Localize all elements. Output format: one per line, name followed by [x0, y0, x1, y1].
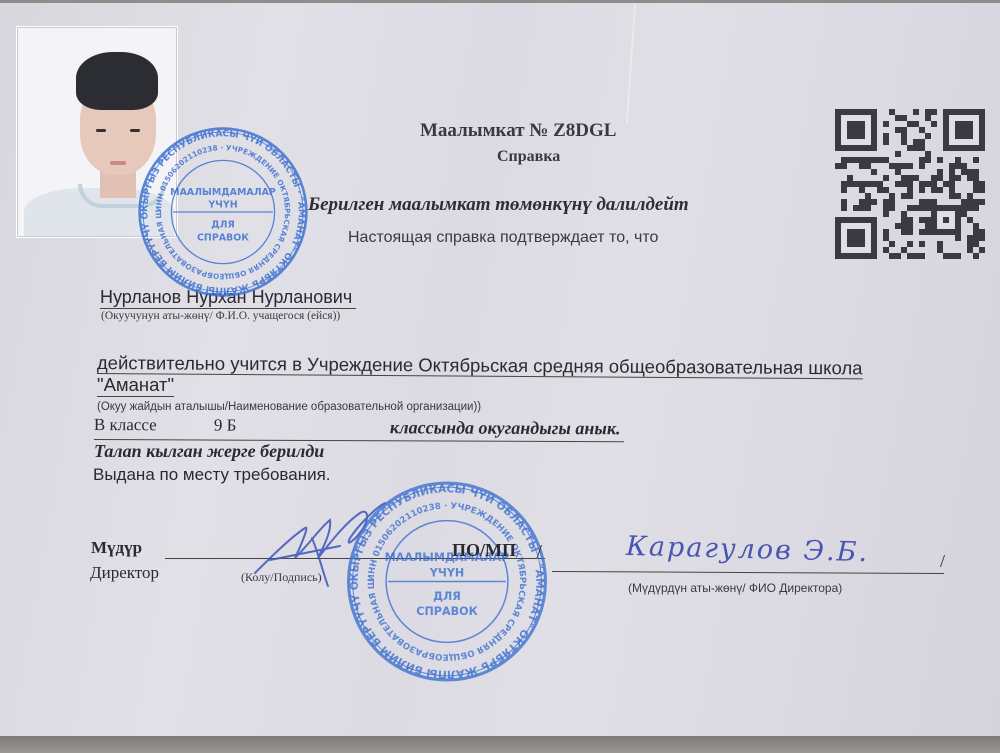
photo-eye-right: [130, 129, 140, 132]
stamp2-center-mid: ҮЧҮН: [429, 566, 465, 579]
stamp-center-low: ДЛЯ: [211, 219, 235, 230]
director-handwritten-name: Карагулов Э.Б.: [626, 531, 870, 568]
director-name-line: [552, 571, 944, 574]
school-line-2: "Аманат": [97, 374, 174, 397]
director-label-russian: Директор: [90, 563, 159, 583]
stamp2-center-low: ДЛЯ: [433, 590, 461, 603]
school-line-1: действительно учится в Учреждение Октябр…: [97, 352, 863, 379]
director-name-end-slash: /: [940, 551, 945, 572]
seal-place-label: ПО/МП: [452, 540, 516, 561]
class-row: В классе 9 Б классында окугандыгы анык.: [94, 415, 624, 442]
stamp2-center-bottom: СПРАВОК: [416, 605, 477, 618]
qr-code-icon: [832, 109, 988, 259]
certificate-paper: Маалымкат № Z8DGL Справка Берилген маалы…: [0, 3, 1000, 736]
director-label-kyrgyz: Мүдүр: [91, 538, 142, 558]
issued-russian: Выдана по месту требования.: [93, 465, 331, 485]
stamp-center-top: МААЛЫМДАМАЛАР: [170, 187, 276, 198]
school-caption: (Окуу жайдын аталышы/Наименование образо…: [97, 401, 481, 413]
paper-crease: [626, 3, 636, 123]
document-subtitle: Справка: [497, 148, 560, 166]
intro-kyrgyz: Берилген маалымкат төмөнкүнү далилдейт: [308, 194, 689, 216]
photo-mouth: [110, 161, 126, 165]
stamp-center-bottom: СПРАВОК: [197, 232, 249, 243]
seal-slash: /: [537, 541, 542, 562]
table-surface: [0, 736, 1000, 753]
student-photo: [17, 27, 177, 237]
photo-eye-left: [96, 129, 106, 132]
student-name-caption: (Окуучунун аты-жөнү/ Ф.И.О. учащегося (е…: [101, 310, 340, 322]
signature-scribble-icon: [250, 498, 390, 588]
class-kyrgyz-text: классында окугандыгы анык.: [390, 417, 621, 439]
school-name-text: действительно учится в Учреждение Октябр…: [97, 352, 863, 379]
director-name-caption: (Мүдүрдүн аты-жөнү/ ФИО Директора): [628, 581, 842, 595]
stamp-center-mid: ҮЧҮН: [207, 200, 237, 211]
class-value: 9 Б: [214, 416, 237, 436]
photo-hair: [76, 52, 158, 110]
document-title: Маалымкат № Z8DGL: [420, 120, 616, 142]
class-label: В классе: [94, 415, 157, 435]
student-name: Нурланов Нурхан Нурланович: [100, 286, 356, 309]
intro-russian: Настоящая справка подтверждает то, что: [348, 229, 658, 247]
issued-kyrgyz: Талап кылган жерге берилди: [94, 441, 324, 462]
